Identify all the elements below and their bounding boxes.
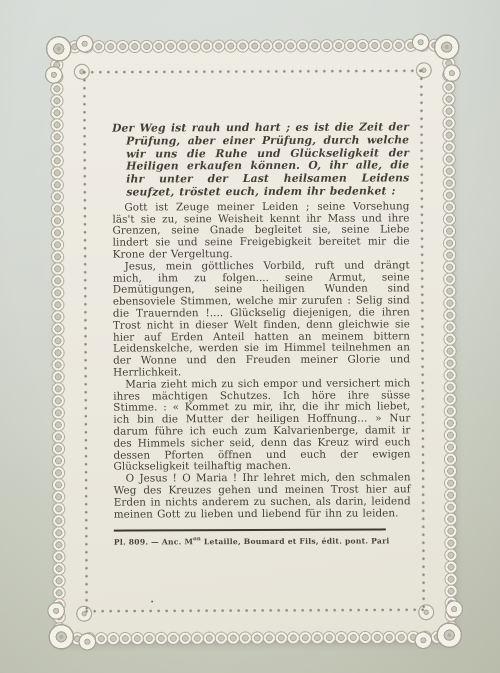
perforation-border-right xyxy=(420,69,425,611)
intro-paragraph: Der Weg ist rauh und hart ; es ist die Z… xyxy=(112,121,409,199)
lace-border-right xyxy=(440,57,460,625)
holy-card: Der Weg ist rauh und hart ; es ist die Z… xyxy=(57,45,452,639)
publisher-imprint: Pl. 809. — Anc. Mon Letaille, Boumard et… xyxy=(114,536,411,547)
perforation-border-left xyxy=(83,71,88,613)
lace-rosette-bottom-right xyxy=(408,594,466,652)
printed-text-block: Der Weg ist rauh und hart ; es ist die Z… xyxy=(112,121,411,547)
imprint-text-post: Letaille, Boumard et Fils, édit. pont. P… xyxy=(201,537,390,547)
paragraph-gott-ist-zeuge: Gott ist Zeuge meiner Leiden ; seine Vor… xyxy=(112,201,409,261)
lace-rosette-top-right xyxy=(406,30,464,88)
lace-rosette-top-left xyxy=(42,32,100,90)
imprint-superscript: on xyxy=(193,537,201,543)
lace-border-left xyxy=(48,59,68,627)
lace-border-top xyxy=(69,36,437,56)
lace-border-bottom xyxy=(71,628,439,648)
imprint-text-pre: Pl. 809. — Anc. M xyxy=(114,538,193,547)
paragraph-jesus-vorbild: Jesus, mein göttliches Vorbild, ruft und… xyxy=(113,260,411,379)
paragraph-o-jesus-o-maria: O Jesus ! O Maria ! Ihr lehret mich, den… xyxy=(114,472,411,520)
perforation-border-top xyxy=(83,69,423,73)
photo-background: Der Weg ist rauh und hart ; es ist die Z… xyxy=(0,0,500,673)
paper-speck xyxy=(151,600,153,602)
lace-rosette-bottom-left xyxy=(44,596,102,654)
perforation-border-bottom xyxy=(85,608,425,612)
imprint-divider xyxy=(114,529,386,532)
paragraph-maria: Maria zieht mich zu sich empor und versi… xyxy=(113,378,410,474)
